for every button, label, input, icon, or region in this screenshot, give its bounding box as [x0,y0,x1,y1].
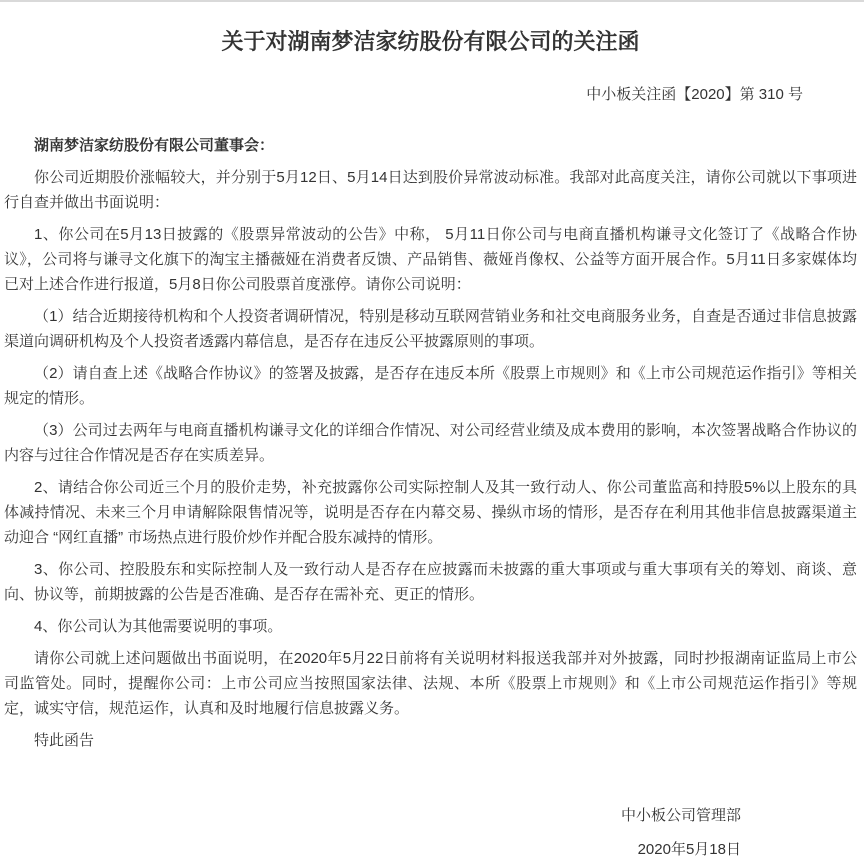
issuer-signature: 中小板公司管理部 [4,803,741,828]
paragraph-item-1-sub-3: （3）公司过去两年与电商直播机构谦寻文化的详细合作情况、对公司经营业绩及成本费用… [4,418,857,468]
reference-number: 中小板关注函【2020】第 310 号 [4,85,857,105]
paragraph-item-1-sub-1: （1）结合近期接待机构和个人投资者调研情况，特别是移动互联网营销业务和社交电商服… [4,304,857,354]
signature-block: 中小板公司管理部 2020年5月18日 [4,803,857,862]
paragraph-item-2: 2、请结合你公司近三个月的股价走势，补充披露你公司实际控制人及其一致行动人、你公… [4,475,857,550]
issue-date: 2020年5月18日 [4,837,741,862]
paragraph-item-1: 1、你公司在5月13日披露的《股票异常波动的公告》中称， 5月11日你公司与电商… [4,222,857,297]
paragraph-item-4: 4、你公司认为其他需要说明的事项。 [4,614,857,639]
paragraph-item-3: 3、你公司、控股股东和实际控制人及一致行动人是否存在应披露而未披露的重大事项或与… [4,557,857,607]
paragraph-instructions: 请你公司就上述问题做出书面说明，在2020年5月22日前将有关说明材料报送我部并… [4,646,857,721]
salutation: 湖南梦洁家纺股份有限公司董事会： [4,133,857,158]
paragraph-intro: 你公司近期股价涨幅较大，并分别于5月12日、5月14日达到股价异常波动标准。我部… [4,165,857,215]
paragraph-item-1-sub-2: （2）请自查上述《战略合作协议》的签署及披露，是否存在违反本所《股票上市规则》和… [4,361,857,411]
attention-letter-document: 关于对湖南梦洁家纺股份有限公司的关注函 中小板关注函【2020】第 310 号 … [0,0,864,862]
closing-phrase: 特此函告 [4,728,857,753]
page-title: 关于对湖南梦洁家纺股份有限公司的关注函 [4,27,857,57]
